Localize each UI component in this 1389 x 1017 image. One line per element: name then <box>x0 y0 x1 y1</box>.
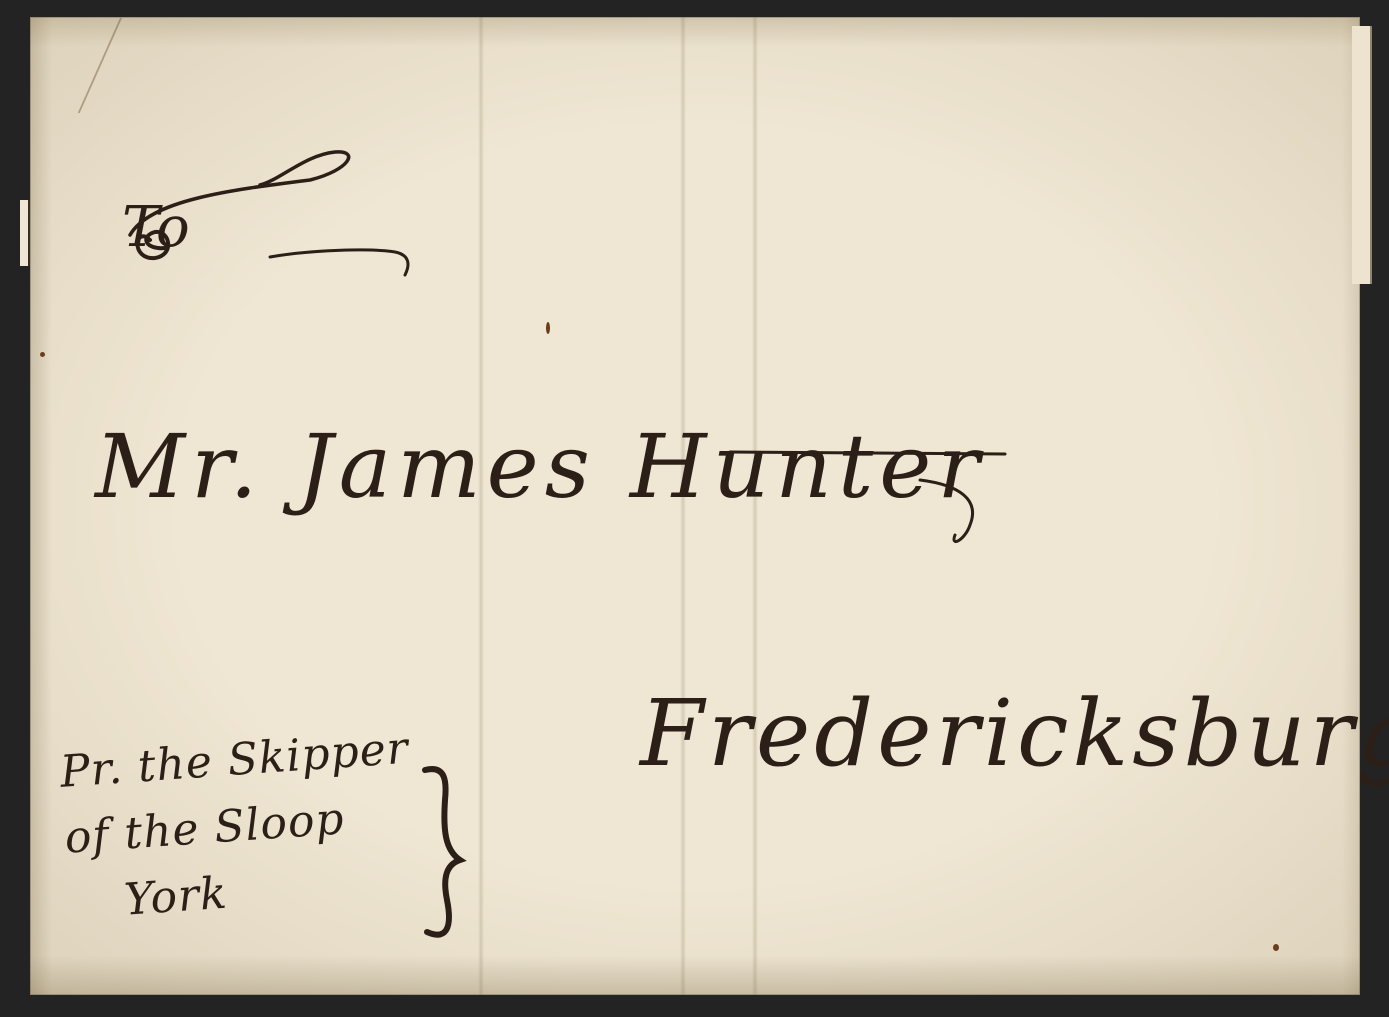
rate-marking: To <box>122 195 191 260</box>
routing-note: Pr. the Skipper of the Sloop York <box>58 716 420 938</box>
brace-icon <box>415 760 475 950</box>
photo-stage: To Mr. James Hunter Fredericksburg Pr. t… <box>0 0 1389 1017</box>
left-flap-edge <box>20 200 30 266</box>
addressee-name: Mr. James Hunter <box>95 415 985 518</box>
ink-speck <box>1273 944 1279 951</box>
ink-speck <box>546 322 550 334</box>
right-flap-edge <box>1352 26 1372 284</box>
destination-town: Fredericksburg <box>640 680 1389 787</box>
ink-speck <box>40 352 45 357</box>
